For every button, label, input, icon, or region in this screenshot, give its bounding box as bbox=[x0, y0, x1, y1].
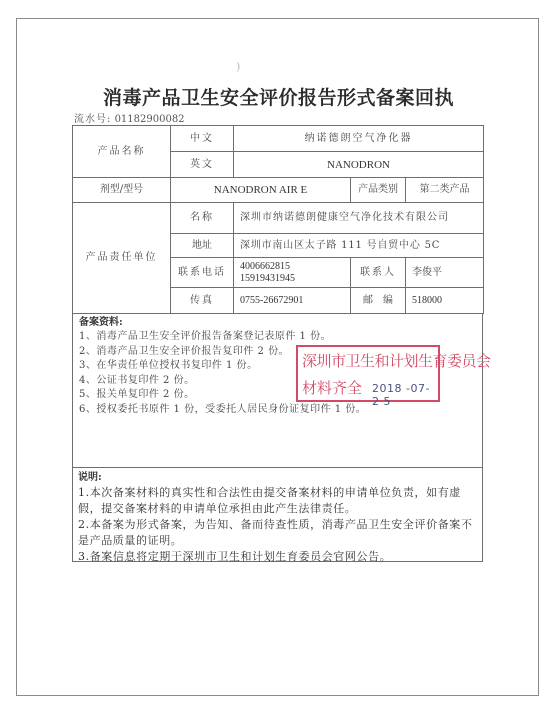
official-stamp: 深圳市卫生和计划生育委员会 材料齐全 2018 -07- 2 5 bbox=[296, 345, 440, 402]
scan-mark: ) bbox=[236, 60, 240, 73]
notes-item: 3.备案信息将定期于深圳市卫生和计划生育委员会官网公告。 bbox=[78, 549, 477, 565]
phone-value-2: 15919431945 bbox=[240, 273, 346, 285]
notes-heading: 说明: bbox=[78, 471, 477, 485]
contact-value: 李俊平 bbox=[406, 258, 484, 288]
company-name-label: 名称 bbox=[171, 203, 234, 234]
notes-section: 说明: 1.本次备案材料的真实性和合法性由提交备案材料的申请单位负责，如有虚假，… bbox=[72, 467, 483, 562]
postcode-value: 518000 bbox=[406, 288, 484, 314]
address-label: 地址 bbox=[171, 234, 234, 258]
phone-value-1: 4006662815 bbox=[240, 261, 346, 273]
chinese-label: 中文 bbox=[171, 126, 234, 152]
table-row: 产品责任单位 名称 深圳市纳诺德朗健康空气净化技术有限公司 bbox=[73, 203, 484, 234]
product-name-label: 产品名称 bbox=[73, 126, 171, 178]
product-info-table: 产品名称 中文 纳诺德朗空气净化器 英文 NANODRON 剂型/型号 NANO… bbox=[72, 125, 484, 314]
serial-number: 流水号: 01182900082 bbox=[74, 110, 185, 125]
materials-item: 1、消毒产品卫生安全评价报告备案登记表原件 1 份。 bbox=[79, 330, 476, 345]
stamp-date: 2018 -07- 2 5 bbox=[372, 382, 438, 408]
document-title: 消毒产品卫生安全评价报告形式备案回执 bbox=[0, 83, 557, 110]
model-label: 剂型/型号 bbox=[73, 178, 171, 203]
english-name-value: NANODRON bbox=[234, 152, 484, 178]
notes-item: 1.本次备案材料的真实性和合法性由提交备案材料的申请单位负责，如有虚假，提交备案… bbox=[78, 485, 477, 517]
fax-label: 传真 bbox=[171, 288, 234, 314]
phone-values: 4006662815 15919431945 bbox=[234, 258, 351, 288]
category-value: 第二类产品 bbox=[406, 178, 484, 203]
english-label: 英文 bbox=[171, 152, 234, 178]
chinese-name-value: 纳诺德朗空气净化器 bbox=[234, 126, 484, 152]
table-row: 剂型/型号 NANODRON AIR E 产品类别 第二类产品 bbox=[73, 178, 484, 203]
phone-label: 联系电话 bbox=[171, 258, 234, 288]
responsible-unit-label: 产品责任单位 bbox=[73, 203, 171, 314]
postcode-label: 邮 编 bbox=[351, 288, 406, 314]
company-name-value: 深圳市纳诺德朗健康空气净化技术有限公司 bbox=[234, 203, 484, 234]
category-label: 产品类别 bbox=[351, 178, 406, 203]
materials-heading: 备案资料: bbox=[79, 316, 476, 330]
model-value: NANODRON AIR E bbox=[171, 178, 351, 203]
stamp-status: 材料齐全 bbox=[302, 377, 362, 398]
stamp-organization: 深圳市卫生和计划生育委员会 bbox=[302, 350, 491, 371]
table-row: 产品名称 中文 纳诺德朗空气净化器 bbox=[73, 126, 484, 152]
serial-label: 流水号: bbox=[74, 114, 111, 125]
address-value: 深圳市南山区太子路 111 号自贸中心 5C bbox=[234, 234, 484, 258]
serial-value: 01182900082 bbox=[115, 114, 185, 125]
fax-value: 0755-26672901 bbox=[234, 288, 351, 314]
notes-item: 2.本备案为形式备案，为告知、备而待查性质，消毒产品卫生安全评价备案不是产品质量… bbox=[78, 517, 477, 549]
contact-label: 联系人 bbox=[351, 258, 406, 288]
